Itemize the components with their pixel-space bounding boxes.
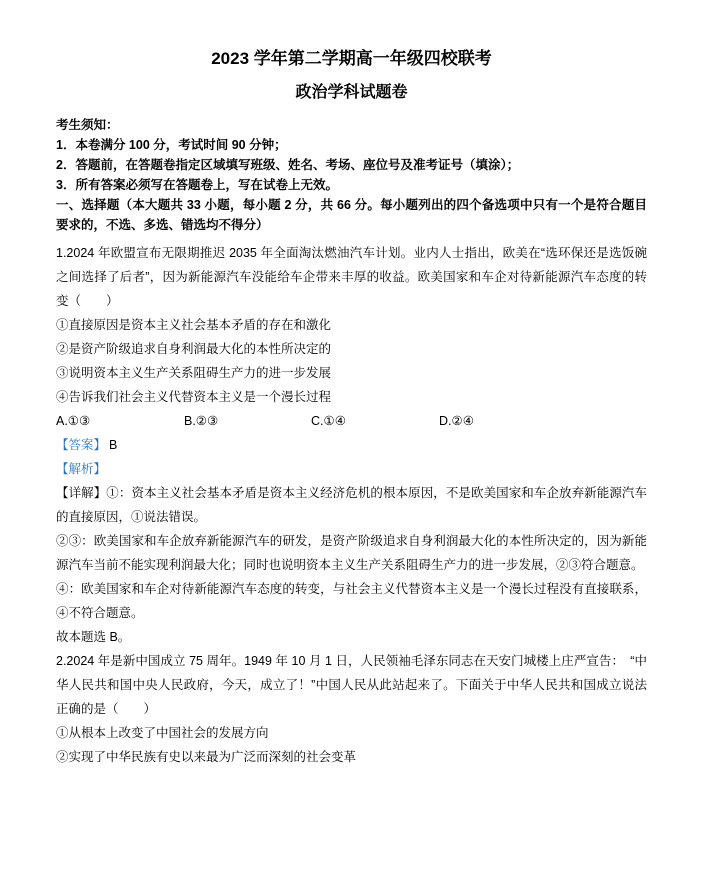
answer-label: 【答案】 <box>56 438 106 452</box>
question-2-stem: 2.2024 年是新中国成立 75 周年。1949 年 10 月 1 日，人民领… <box>56 649 647 721</box>
detail-paragraph-1: 【详解】①：资本主义社会基本矛盾是资本主义经济危机的根本原因，不是欧美国家和车企… <box>56 481 647 529</box>
question-1-stem: 1.2024 年欧盟宣布无限期推迟 2035 年全面淘汰燃油汽车计划。业内人士指… <box>56 241 647 313</box>
notice-rule-3: 3．所有答案必须写在答题卷上，写在试卷上无效。 <box>56 175 647 195</box>
question-1-options: A.①③ B.②③ C.①④ D.②④ <box>56 409 647 433</box>
question-1-statement-2: ②是资产阶级追求自身利润最大化的本性所决定的 <box>56 337 647 361</box>
notice-rule-2: 2．答题前，在答题卷指定区域填写班级、姓名、考场、座位号及准考证号（填涂）； <box>56 155 647 175</box>
option-b: B.②③ <box>184 409 311 433</box>
analysis-label: 【解析】 <box>56 457 647 481</box>
detail-paragraph-3: ④：欧美国家和车企对待新能源汽车态度的转变，与社会主义代替资本主义是一个漫长过程… <box>56 577 647 625</box>
option-c: C.①④ <box>311 409 439 433</box>
notice-heading: 考生须知： <box>56 115 647 135</box>
question-2-statement-1: ①从根本上改变了中国社会的发展方向 <box>56 721 647 745</box>
exam-title: 2023 学年第二学期高一年级四校联考 <box>56 48 647 69</box>
notice-rule-1: 1．本卷满分 100 分，考试时间 90 分钟； <box>56 135 647 155</box>
answer-value: B <box>109 438 117 452</box>
question-1-statement-1: ①直接原因是资本主义社会基本矛盾的存在和激化 <box>56 313 647 337</box>
exam-subtitle: 政治学科试题卷 <box>56 83 647 103</box>
detail-conclusion: 故本题选 B。 <box>56 625 647 649</box>
answer-line: 【答案】B <box>56 433 647 457</box>
question-1-statement-4: ④告诉我们社会主义代替资本主义是一个漫长过程 <box>56 385 647 409</box>
option-d: D.②④ <box>439 409 647 433</box>
question-2-statement-2: ②实现了中华民族有史以来最为广泛而深刻的社会变革 <box>56 745 647 769</box>
notice-block: 考生须知： 1．本卷满分 100 分，考试时间 90 分钟； 2．答题前，在答题… <box>56 115 647 235</box>
section-title: 一、选择题（本大题共 33 小题，每小题 2 分，共 66 分。每小题列出的四个… <box>56 195 647 235</box>
exam-paper-page: 2023 学年第二学期高一年级四校联考 政治学科试题卷 考生须知： 1．本卷满分… <box>0 0 701 877</box>
option-a: A.①③ <box>56 409 184 433</box>
detail-paragraph-2: ②③：欧美国家和车企放弃新能源汽车的研发，是资产阶级追求自身利润最大化的本性所决… <box>56 529 647 577</box>
question-1-statement-3: ③说明资本主义生产关系阻碍生产力的进一步发展 <box>56 361 647 385</box>
questions-area: 1.2024 年欧盟宣布无限期推迟 2035 年全面淘汰燃油汽车计划。业内人士指… <box>56 241 647 769</box>
